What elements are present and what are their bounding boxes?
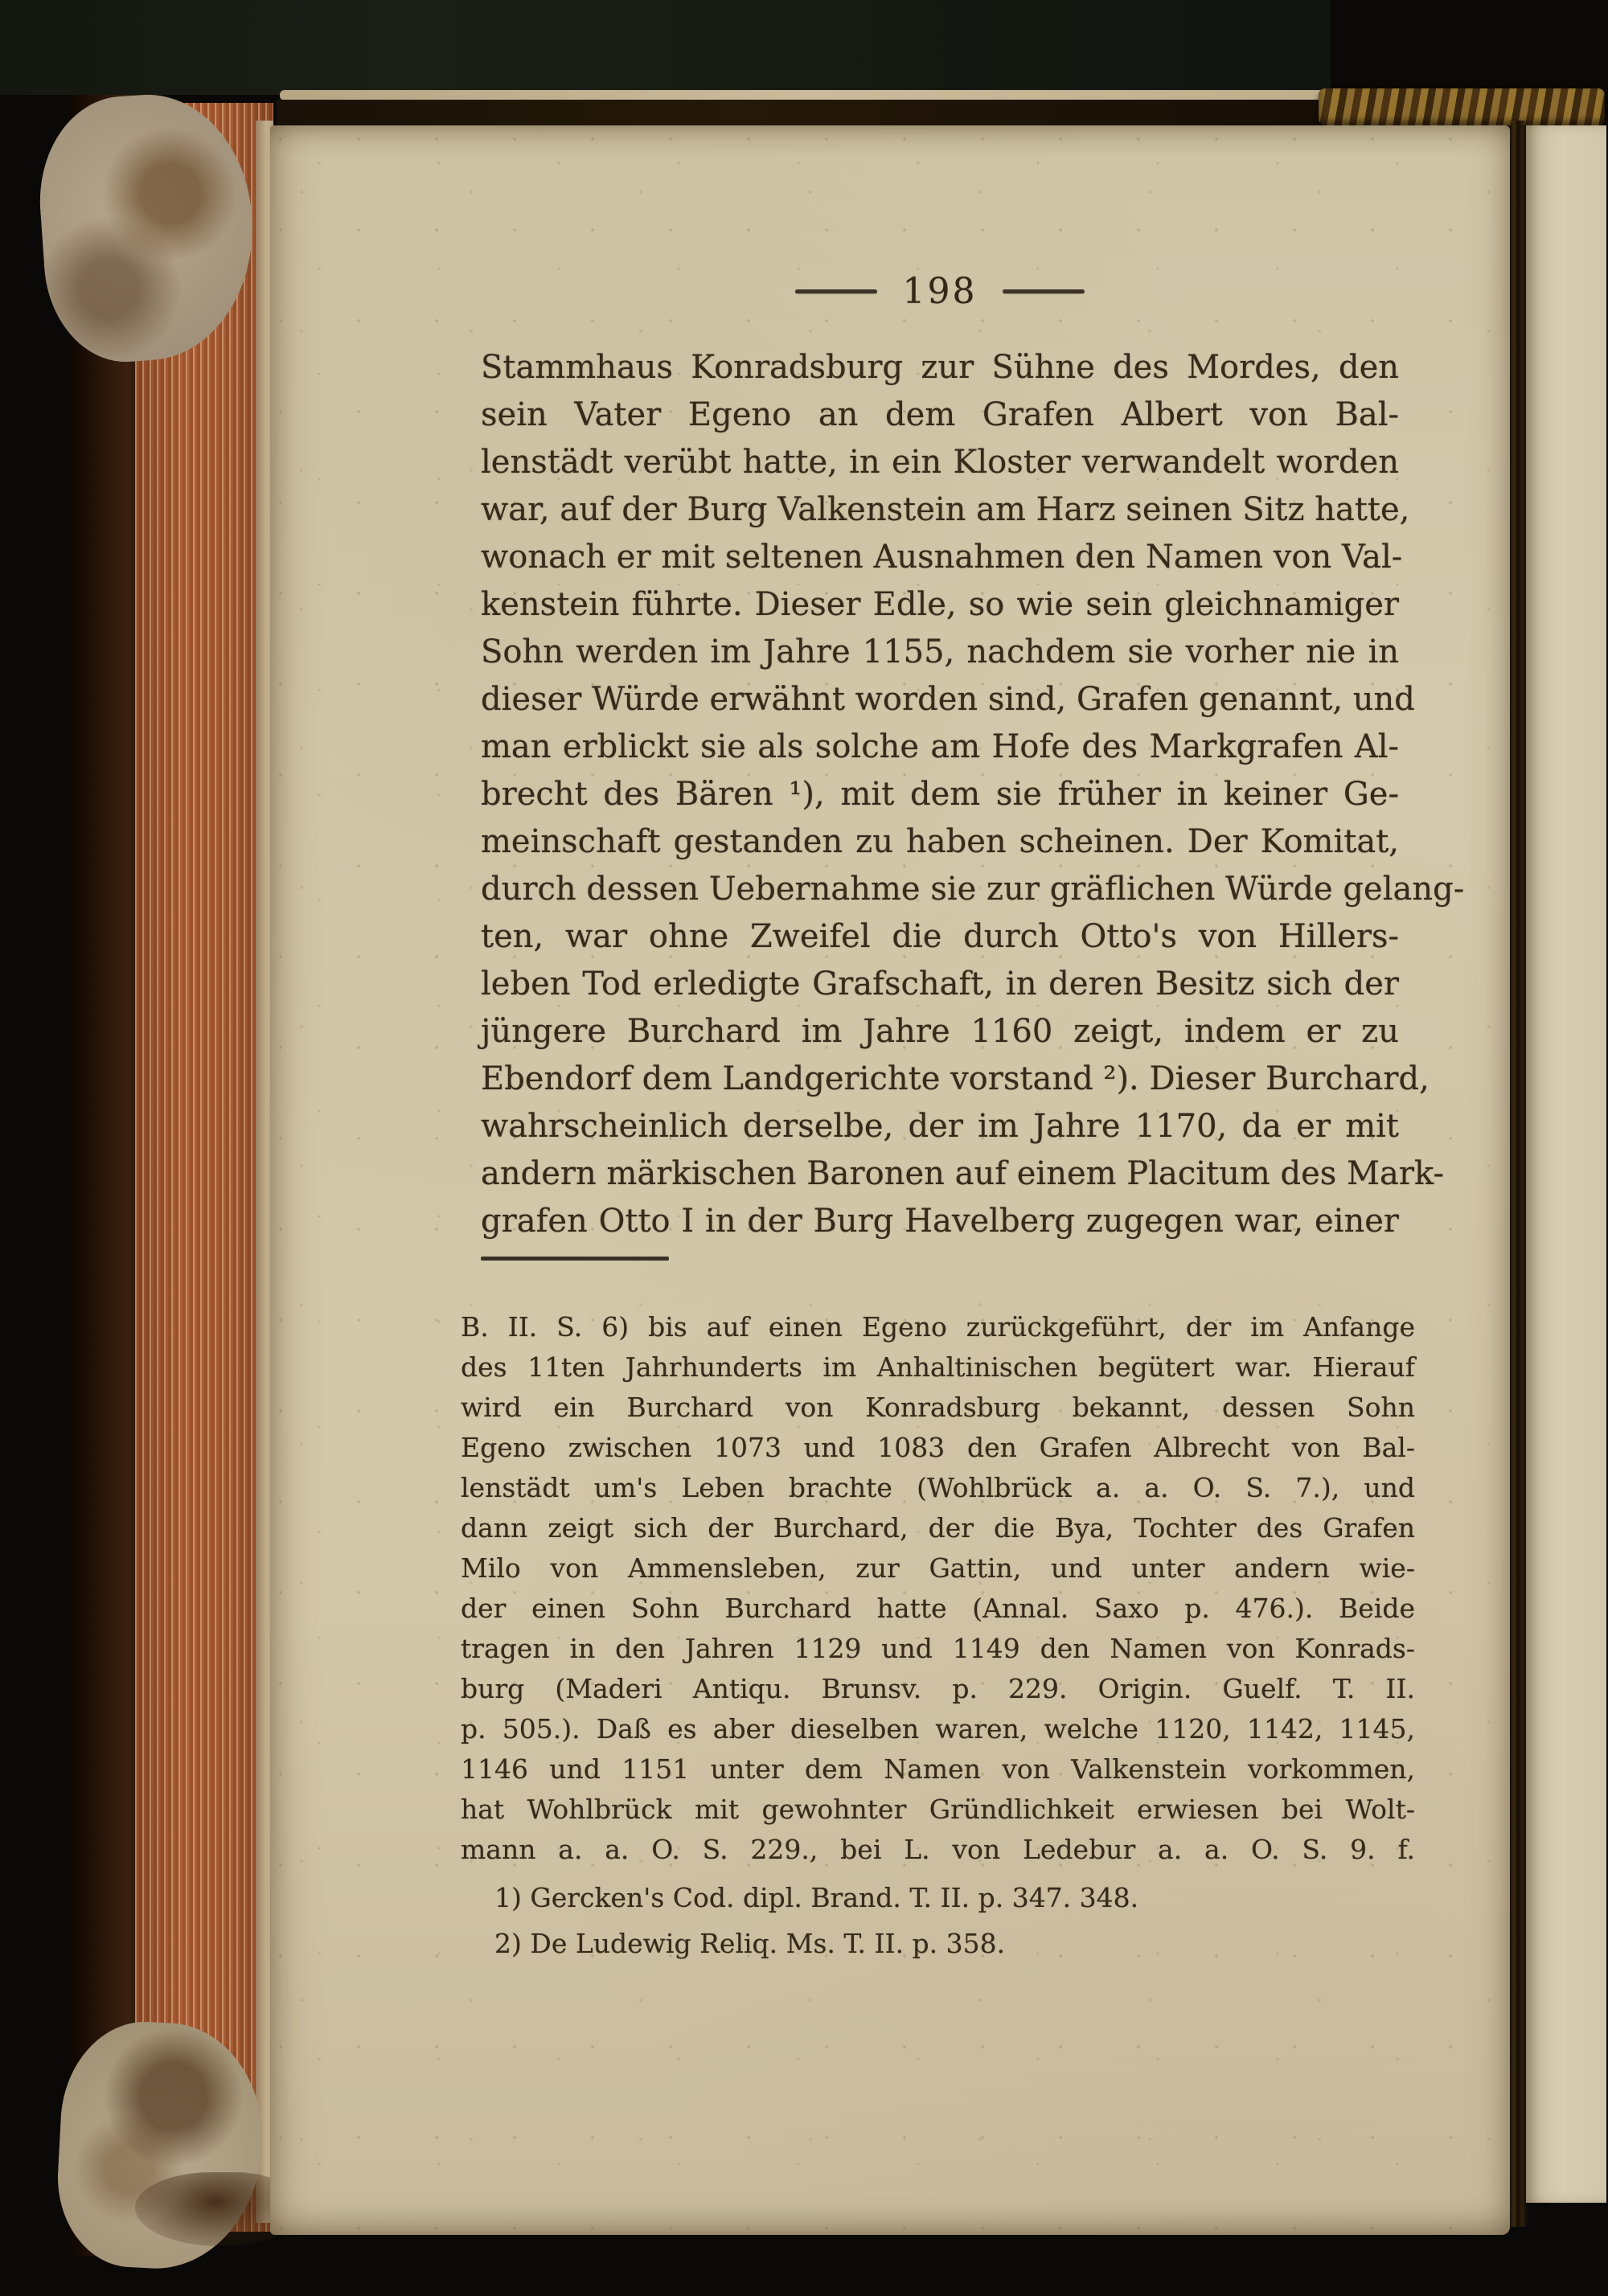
text-line: jüngere Burchard im Jahre 1160 zeigt, in… xyxy=(481,1008,1399,1056)
header-rule-right xyxy=(1003,289,1085,293)
page-gutter xyxy=(1508,121,1528,2227)
text-line: kenstein führte. Dieser Edle, so wie sei… xyxy=(481,581,1399,629)
text-line: dann zeigt sich der Burchard, der die By… xyxy=(461,1508,1415,1548)
text-line: 1146 und 1151 unter dem Namen von Valken… xyxy=(461,1749,1415,1790)
header-rule-left xyxy=(795,289,877,293)
text-line: Stammhaus Konradsburg zur Sühne des Mord… xyxy=(481,344,1399,392)
page-number: 198 xyxy=(903,271,978,312)
page-fore-edges xyxy=(135,103,273,2232)
page-number-header: 198 xyxy=(481,272,1399,310)
headband xyxy=(1319,88,1605,125)
footnote-references: 1) Gercken's Cod. dipl. Brand. T. II. p.… xyxy=(461,1875,1415,1966)
facing-page-edge xyxy=(1526,125,1606,2203)
text-line: wahrscheinlich derselbe, der im Jahre 11… xyxy=(481,1103,1399,1150)
text-line: Egeno zwischen 1073 und 1083 den Grafen … xyxy=(461,1428,1415,1468)
text-line: leben Tod erledigte Grafschaft, in deren… xyxy=(481,961,1399,1008)
text-line: andern märkischen Baronen auf einem Plac… xyxy=(481,1150,1399,1198)
text-line: wird ein Burchard von Konradsburg bekann… xyxy=(461,1388,1415,1428)
text-line: p. 505.). Daß es aber dieselben waren, w… xyxy=(461,1709,1415,1749)
text-line: 2) De Ludewig Reliq. Ms. T. II. p. 358. xyxy=(461,1921,1415,1966)
text-line: burg (Maderi Antiqu. Brunsv. p. 229. Ori… xyxy=(461,1669,1415,1709)
text-line: hat Wohlbrück mit gewohnter Gründlichkei… xyxy=(461,1790,1415,1830)
text-line: durch dessen Uebernahme sie zur gräflich… xyxy=(481,866,1399,913)
text-line: 1) Gercken's Cod. dipl. Brand. T. II. p.… xyxy=(461,1875,1415,1921)
footnote-text: B. II. S. 6) bis auf einen Egeno zurückg… xyxy=(461,1307,1415,1870)
footnote-separator xyxy=(481,1257,669,1261)
text-line: Ebendorf dem Landgerichte vorstand ²). D… xyxy=(481,1056,1399,1103)
text-line: ten, war ohne Zweifel die durch Otto's v… xyxy=(481,913,1399,961)
text-line: man erblickt sie als solche am Hofe des … xyxy=(481,724,1399,771)
text-line: war, auf der Burg Valkenstein am Harz se… xyxy=(481,486,1399,534)
text-line: grafen Otto I in der Burg Havelberg zuge… xyxy=(481,1198,1399,1245)
body-text: Stammhaus Konradsburg zur Sühne des Mord… xyxy=(481,344,1399,1245)
text-line: lenstädt verübt hatte, in ein Kloster ve… xyxy=(481,439,1399,486)
text-line: Milo von Ammensleben, zur Gattin, und un… xyxy=(461,1548,1415,1589)
book-cover-top-edge xyxy=(0,0,1331,95)
text-line: dieser Würde erwähnt worden sind, Grafen… xyxy=(481,676,1399,724)
text-line: des 11ten Jahrhunderts im Anhaltinischen… xyxy=(461,1347,1415,1388)
text-line: sein Vater Egeno an dem Grafen Albert vo… xyxy=(481,392,1399,439)
text-line: der einen Sohn Burchard hatte (Annal. Sa… xyxy=(461,1589,1415,1629)
book-page: 198 Stammhaus Konradsburg zur Sühne des … xyxy=(270,125,1510,2235)
text-line: mann a. a. O. S. 229., bei L. von Ledebu… xyxy=(461,1830,1415,1870)
text-line: tragen in den Jahren 1129 und 1149 den N… xyxy=(461,1629,1415,1669)
text-line: meinschaft gestanden zu haben scheinen. … xyxy=(481,818,1399,866)
text-line: lenstädt um's Leben brachte (Wohlbrück a… xyxy=(461,1468,1415,1508)
text-line: Sohn werden im Jahre 1155, nachdem sie v… xyxy=(481,629,1399,676)
text-line: wonach er mit seltenen Ausnahmen den Nam… xyxy=(481,534,1399,581)
text-line: brecht des Bären ¹), mit dem sie früher … xyxy=(481,771,1399,818)
text-line: B. II. S. 6) bis auf einen Egeno zurückg… xyxy=(461,1307,1415,1347)
book-photo: 198 Stammhaus Konradsburg zur Sühne des … xyxy=(0,0,1608,2296)
